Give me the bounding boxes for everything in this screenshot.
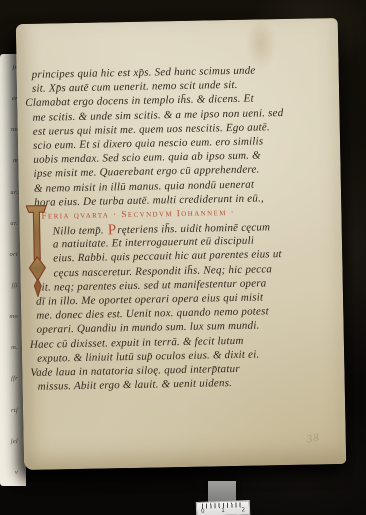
prev-page-text-fragment: rtſ bbox=[0, 407, 26, 414]
illuminated-initial-I bbox=[25, 204, 49, 299]
ruler-number: 2 bbox=[241, 507, 245, 513]
scale-ruler-card: 012 bbox=[196, 500, 250, 515]
ruler-number: 1 bbox=[221, 508, 225, 514]
folio-number: 38 bbox=[306, 432, 321, 446]
prev-page-text-fragment: v bbox=[0, 469, 26, 476]
ruler-numbers: 012 bbox=[197, 507, 249, 515]
photograph-background: ſnernomur.ar.oriſſimom.ſfrrtſſelv princi… bbox=[0, 0, 366, 515]
ruler-number: 0 bbox=[201, 509, 205, 515]
manuscript-page: principes quia hic est xp̄s. Sed hunc sc… bbox=[16, 18, 347, 470]
prev-page-text-fragment: ſel bbox=[0, 438, 26, 445]
red-versal: P bbox=[107, 222, 118, 238]
text-block: principes quia hic est xp̄s. Sed hunc sc… bbox=[25, 62, 339, 394]
